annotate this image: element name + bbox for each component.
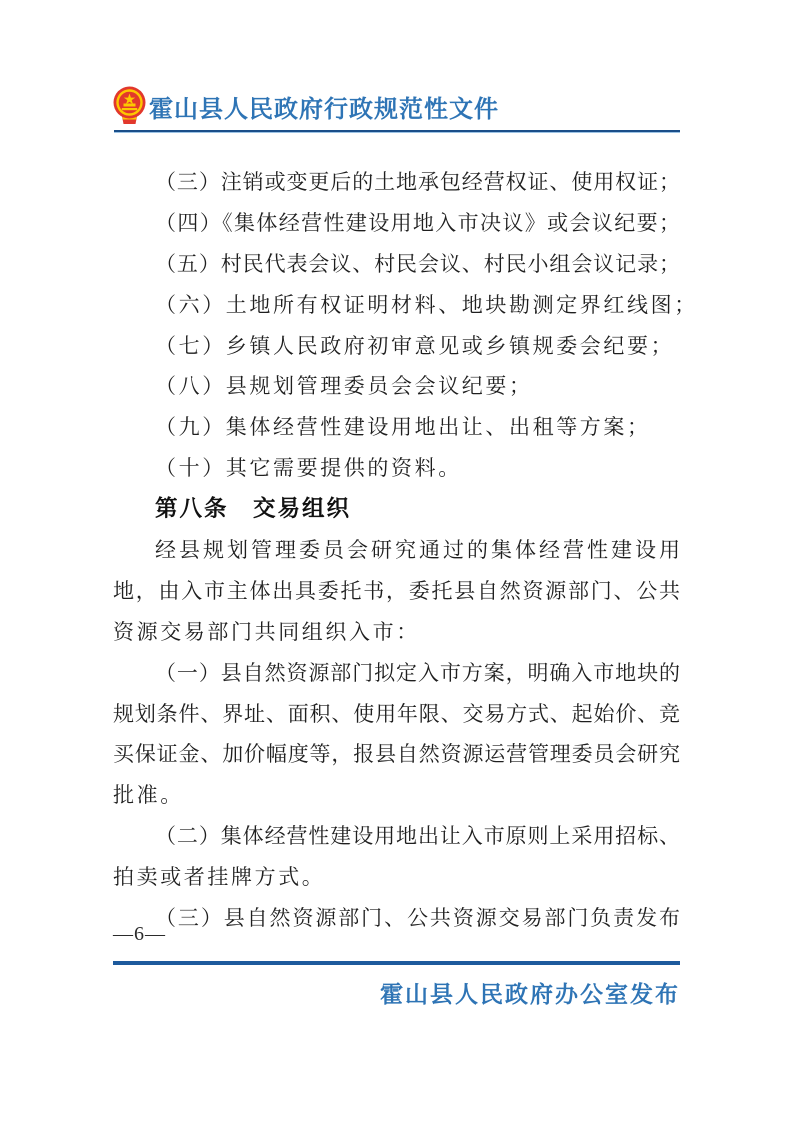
body-text: （三）注销或变更后的土地承包经营权证、使用权证；（四）《集体经营性建设用地入市决… <box>113 162 680 939</box>
body-line: （八）县规划管理委员会会议纪要； <box>113 366 680 407</box>
body-line: （十）其它需要提供的资料。 <box>113 448 680 489</box>
footer-publisher: 霍山县人民政府办公室发布 <box>380 976 680 1009</box>
header-divider <box>114 130 680 133</box>
body-line: （四）《集体经营性建设用地入市决议》或会议纪要； <box>113 203 680 244</box>
document-header-title: 霍山县人民政府行政规范性文件 <box>149 89 499 124</box>
national-emblem-icon <box>112 86 147 126</box>
footer-divider <box>113 961 680 965</box>
body-line: （九）集体经营性建设用地出让、出租等方案； <box>113 407 680 448</box>
document-page: 霍山县人民政府行政规范性文件 （三）注销或变更后的土地承包经营权证、使用权证；（… <box>0 0 793 1122</box>
body-line: （七）乡镇人民政府初审意见或乡镇规委会纪要； <box>113 326 680 367</box>
body-line: 批准。 <box>113 775 680 816</box>
body-line: 经县规划管理委员会研究通过的集体经营性建设用 <box>113 530 680 571</box>
body-line: （五）村民代表会议、村民会议、村民小组会议记录； <box>113 244 680 285</box>
body-line: 地，由入市主体出具委托书，委托县自然资源部门、公共 <box>113 571 680 612</box>
body-line: （二）集体经营性建设用地出让入市原则上采用招标、 <box>113 816 680 857</box>
page-number: —6— <box>113 923 166 946</box>
body-line: （六）土地所有权证明材料、地块勘测定界红线图； <box>113 285 680 326</box>
body-line: 资源交易部门共同组织入市： <box>113 612 680 653</box>
body-line: （三）县自然资源部门、公共资源交易部门负责发布 <box>113 898 680 939</box>
section-heading: 第八条 交易组织 <box>113 489 680 530</box>
body-line: （一）县自然资源部门拟定入市方案，明确入市地块的 <box>113 653 680 694</box>
body-line: 买保证金、加价幅度等，报县自然资源运营管理委员会研究 <box>113 734 680 775</box>
body-line: （三）注销或变更后的土地承包经营权证、使用权证； <box>113 162 680 203</box>
body-line: 拍卖或者挂牌方式。 <box>113 857 680 898</box>
body-line: 规划条件、界址、面积、使用年限、交易方式、起始价、竞 <box>113 694 680 735</box>
document-header: 霍山县人民政府行政规范性文件 <box>112 85 499 127</box>
